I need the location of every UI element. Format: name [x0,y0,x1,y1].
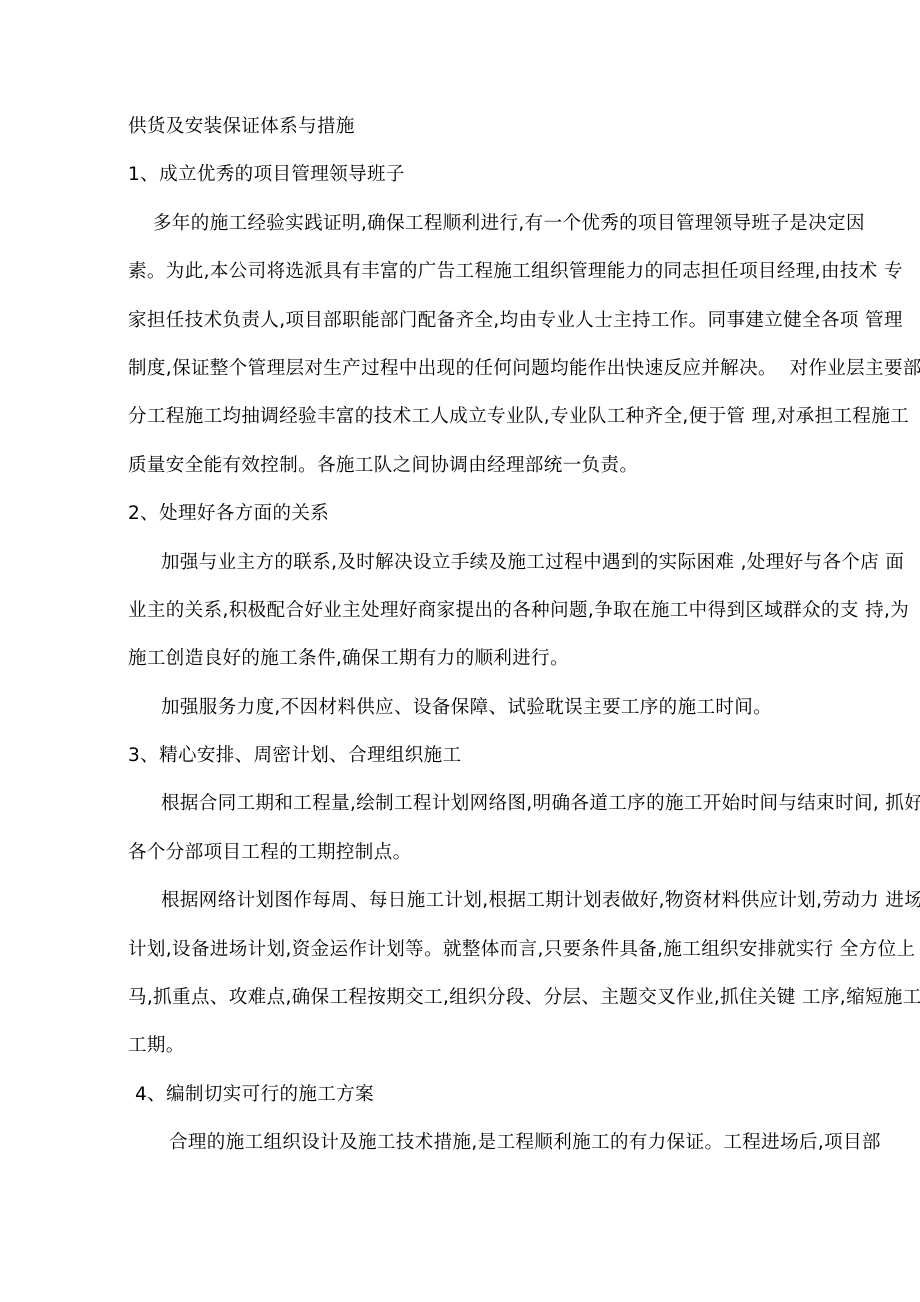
paragraph-line: 施工创造良好的施工条件,确保工期有力的顺利进行。 [128,635,802,683]
paragraph-line: 工期。 [128,1022,802,1070]
paragraph-line: 质量安全能有效控制。各施工队之间协调由经理部统一负责。 [128,442,802,490]
document-title: 供货及安装保证体系与措施 [128,103,802,151]
section-heading: 2、处理好各方面的关系 [128,490,802,538]
paragraph-line: 制度,保证整个管理层对生产过程中出现的任何问题均能作出快速反应并解决。 对作业层… [128,345,802,393]
paragraph-line: 马,抓重点、攻难点,确保工程按期交工,组织分段、分层、主题交叉作业,抓住关键 工… [128,974,802,1022]
paragraph-line: 业主的关系,积极配合好业主处理好商家提出的各种问题,争取在施工中得到区域群众的支… [128,587,802,635]
paragraph-line: 多年的施工经验实践证明,确保工程顺利进行,有一个优秀的项目管理领导班子是决定因 [128,200,802,248]
section-heading: 3、精心安排、周密计划、合理组织施工 [128,732,802,780]
paragraph-line: 加强与业主方的联系,及时解决设立手续及施工过程中遇到的实际困难 ,处理好与各个店… [128,539,802,587]
paragraph-line: 计划,设备进场计划,资金运作计划等。就整体而言,只要条件具备,施工组织安排就实行… [128,926,802,974]
paragraph-line: 各个分部项目工程的工期控制点。 [128,829,802,877]
paragraph-line: 根据合同工期和工程量,绘制工程计划网络图,明确各道工序的施工开始时间与结束时间,… [128,780,802,828]
paragraph-line: 根据网络计划图作每周、每日施工计划,根据工期计划表做好,物资材料供应计划,劳动力… [128,877,802,925]
paragraph-line: 家担任技术负责人,项目部职能部门配备齐全,均由专业人士主持工作。同事建立健全各项… [128,297,802,345]
paragraph-line: 加强服务力度,不因材料供应、设备保障、试验耽误主要工序的施工时间。 [128,684,802,732]
document-page: 供货及安装保证体系与措施1、成立优秀的项目管理领导班子多年的施工经验实践证明,确… [0,0,920,1302]
paragraph-line: 合理的施工组织设计及施工技术措施,是工程顺利施工的有力保证。工程进场后,项目部 [128,1119,802,1167]
section-heading: 4、编制切实可行的施工方案 [128,1071,802,1119]
paragraph-line: 素。为此,本公司将选派具有丰富的广告工程施工组织管理能力的同志担任项目经理,由技… [128,248,802,296]
paragraph-line: 分工程施工均抽调经验丰富的技术工人成立专业队,专业队工种齐全,便于管 理,对承担… [128,393,802,441]
section-heading: 1、成立优秀的项目管理领导班子 [128,151,802,199]
document-body: 供货及安装保证体系与措施1、成立优秀的项目管理领导班子多年的施工经验实践证明,确… [0,0,920,1168]
